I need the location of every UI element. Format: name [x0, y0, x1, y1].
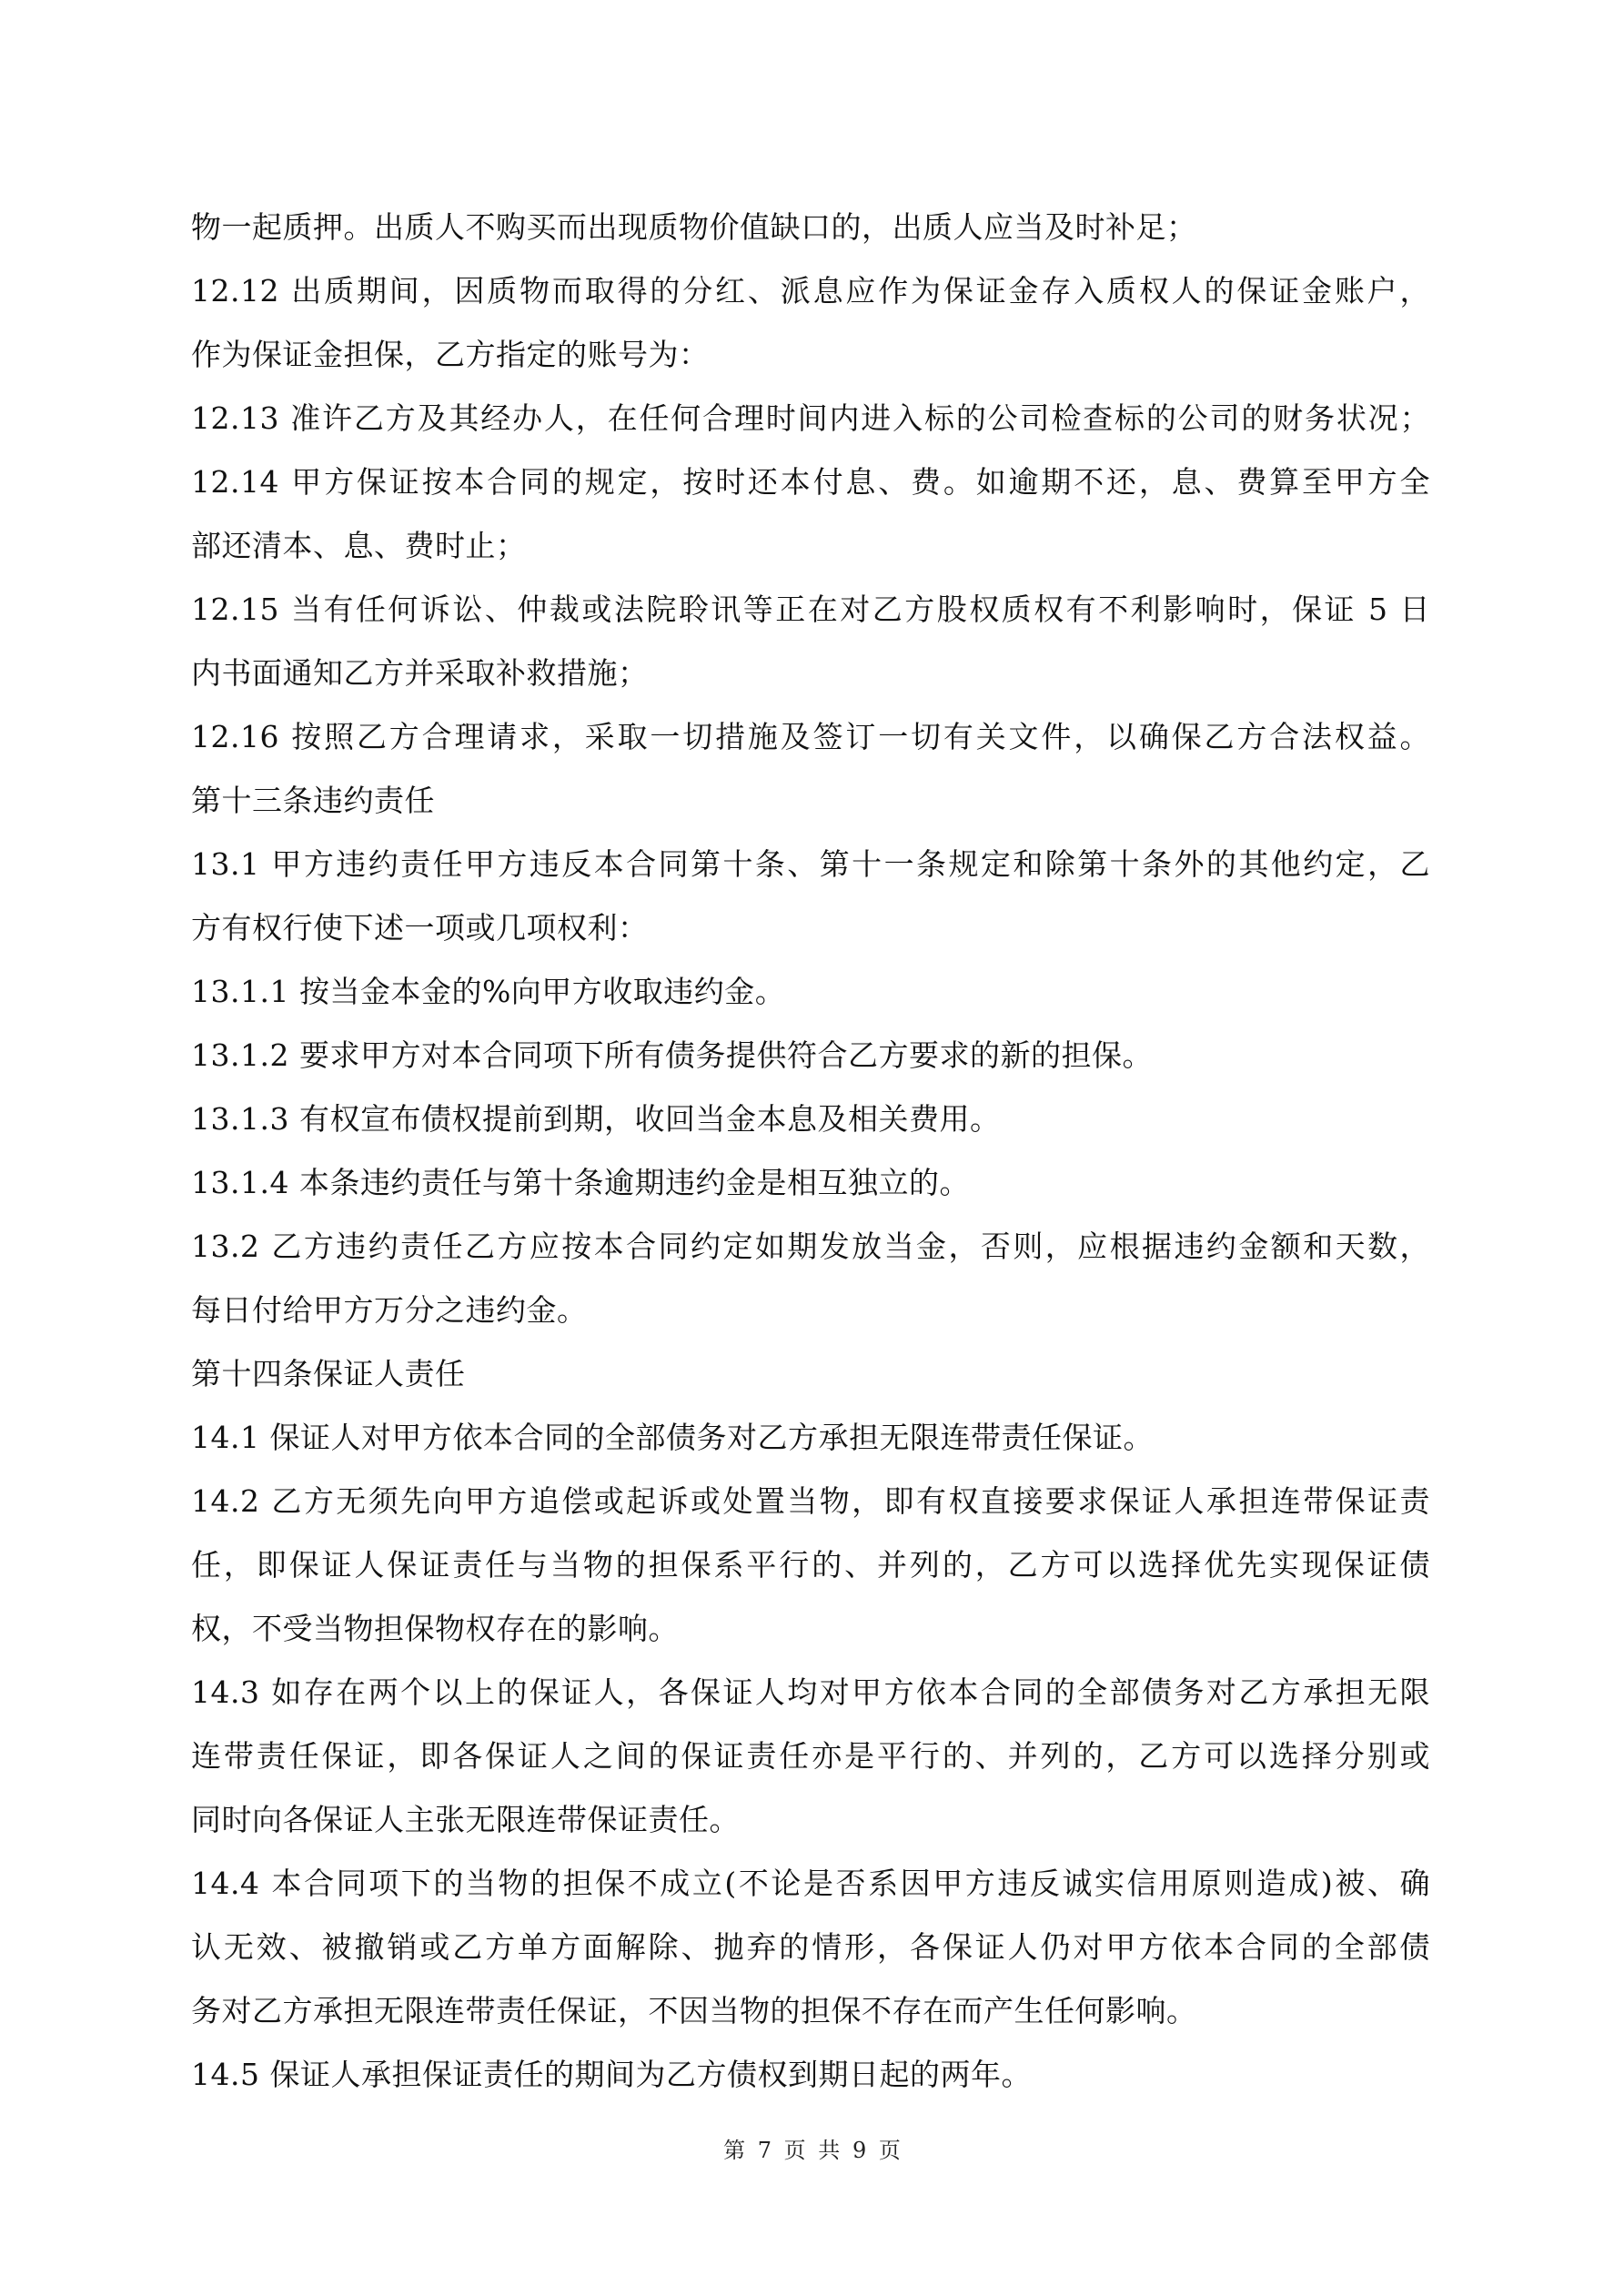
text-line: 14.3 如存在两个以上的保证人，各保证人均对甲方依本合同的全部债务对乙方承担无… — [191, 1667, 1430, 1731]
text-line: 13.1 甲方违约责任甲方违反本合同第十条、第十一条规定和除第十条外的其他约定，… — [191, 839, 1430, 903]
text-line: 内书面通知乙方并采取补救措施； — [191, 648, 1430, 712]
text-line: 每日付给甲方万分之违约金。 — [191, 1285, 1430, 1349]
text-line: 方有权行使下述一项或几项权利： — [191, 903, 1430, 966]
text-line: 12.12 出质期间，因质物而取得的分红、派息应作为保证金存入质权人的保证金账户… — [191, 266, 1430, 329]
text-line: 权，不受当物担保物权存在的影响。 — [191, 1603, 1430, 1667]
page-number-footer: 第 7 页 共 9 页 — [0, 2134, 1624, 2167]
text-line: 12.15 当有任何诉讼、仲裁或法院聆讯等正在对乙方股权质权有不利影响时，保证 … — [191, 584, 1430, 648]
text-line: 14.1 保证人对甲方依本合同的全部债务对乙方承担无限连带责任保证。 — [191, 1412, 1430, 1476]
text-line: 14.4 本合同项下的当物的担保不成立(不论是否系因甲方违反诚实信用原则造成)被… — [191, 1858, 1430, 1922]
text-line: 部还清本、息、费时止； — [191, 521, 1430, 584]
text-line: 作为保证金担保，乙方指定的账号为： — [191, 329, 1430, 393]
text-line: 12.16 按照乙方合理请求，采取一切措施及签订一切有关文件，以确保乙方合法权益… — [191, 712, 1430, 775]
text-line: 12.14 甲方保证按本合同的规定，按时还本付息、费。如逾期不还，息、费算至甲方… — [191, 457, 1430, 521]
text-line: 13.1.4 本条违约责任与第十条逾期违约金是相互独立的。 — [191, 1158, 1430, 1221]
text-line: 同时向各保证人主张无限连带保证责任。 — [191, 1795, 1430, 1858]
text-line: 认无效、被撤销或乙方单方面解除、抛弃的情形，各保证人仍对甲方依本合同的全部债 — [191, 1922, 1430, 1986]
text-line: 13.1.1 按当金本金的%向甲方收取违约金。 — [191, 966, 1430, 1030]
document-body: 物一起质押。出质人不购买而出现质物价值缺口的，出质人应当及时补足； 12.12 … — [191, 202, 1430, 2113]
section-heading: 第十四条保证人责任 — [191, 1349, 1430, 1412]
text-line: 12.13 准许乙方及其经办人，在任何合理时间内进入标的公司检查标的公司的财务状… — [191, 393, 1430, 457]
text-line: 13.1.2 要求甲方对本合同项下所有债务提供符合乙方要求的新的担保。 — [191, 1030, 1430, 1094]
text-line: 连带责任保证，即各保证人之间的保证责任亦是平行的、并列的，乙方可以选择分别或 — [191, 1731, 1430, 1795]
text-line: 14.2 乙方无须先向甲方追偿或起诉或处置当物，即有权直接要求保证人承担连带保证… — [191, 1476, 1430, 1540]
text-line: 13.1.3 有权宣布债权提前到期，收回当金本息及相关费用。 — [191, 1094, 1430, 1158]
text-line: 13.2 乙方违约责任乙方应按本合同约定如期发放当金，否则，应根据违约金额和天数… — [191, 1221, 1430, 1285]
section-heading: 第十三条违约责任 — [191, 775, 1430, 839]
text-line: 任，即保证人保证责任与当物的担保系平行的、并列的，乙方可以选择优先实现保证债 — [191, 1540, 1430, 1603]
text-line: 物一起质押。出质人不购买而出现质物价值缺口的，出质人应当及时补足； — [191, 202, 1430, 266]
text-line: 14.5 保证人承担保证责任的期间为乙方债权到期日起的两年。 — [191, 2049, 1430, 2113]
text-line: 务对乙方承担无限连带责任保证，不因当物的担保不存在而产生任何影响。 — [191, 1986, 1430, 2049]
